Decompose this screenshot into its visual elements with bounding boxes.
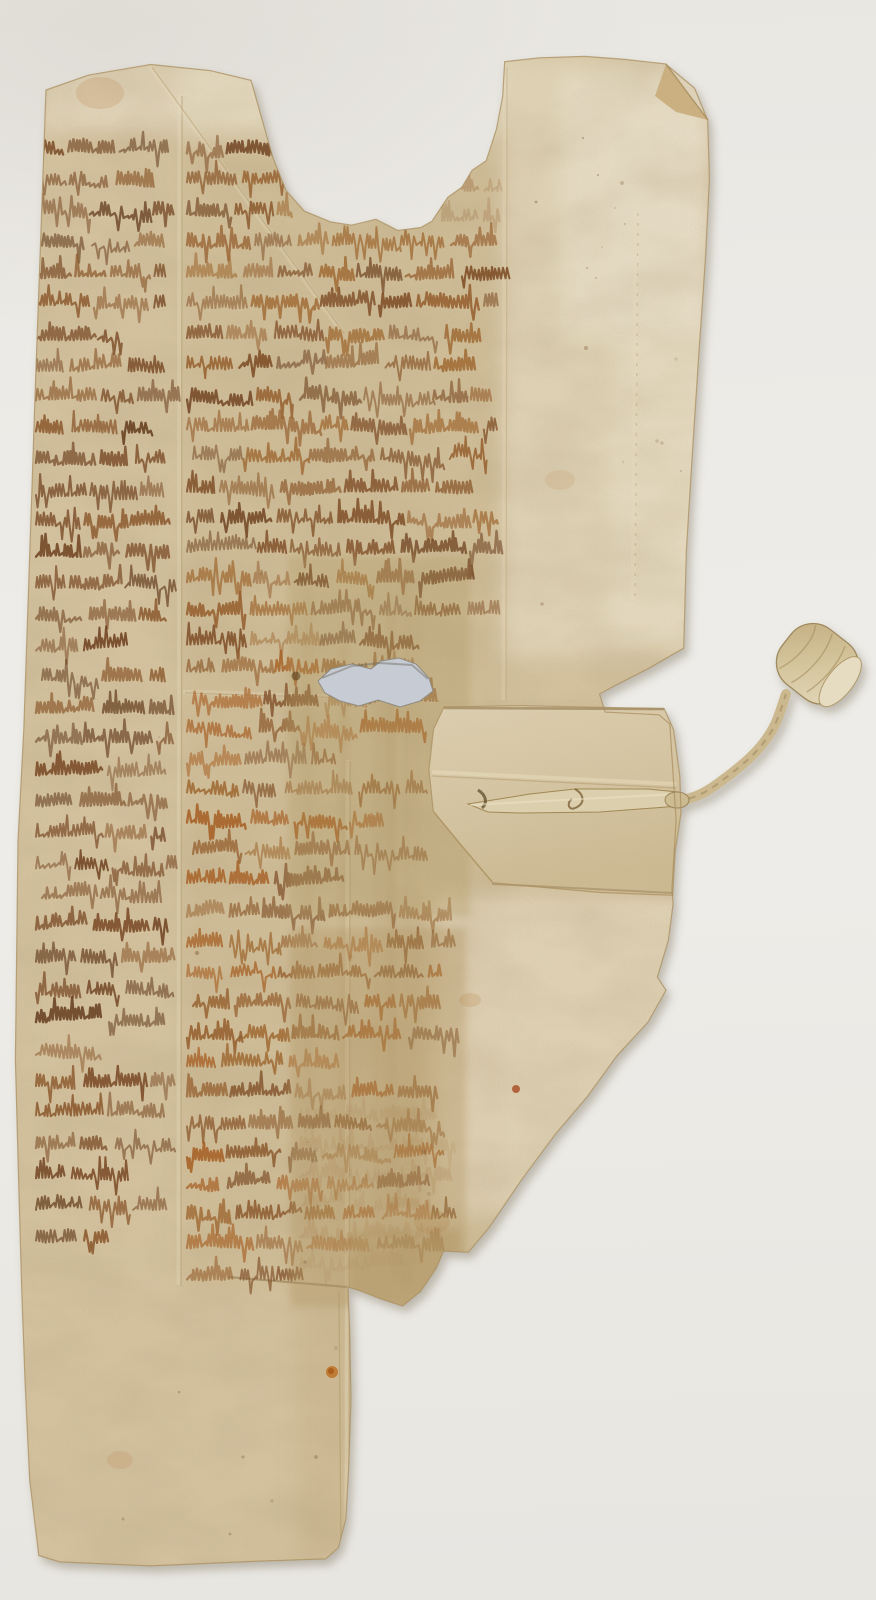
manuscript-photograph	[0, 0, 876, 1600]
seal-cord	[665, 694, 786, 808]
cord-knot	[665, 792, 689, 808]
parchment-scene	[0, 0, 876, 1600]
